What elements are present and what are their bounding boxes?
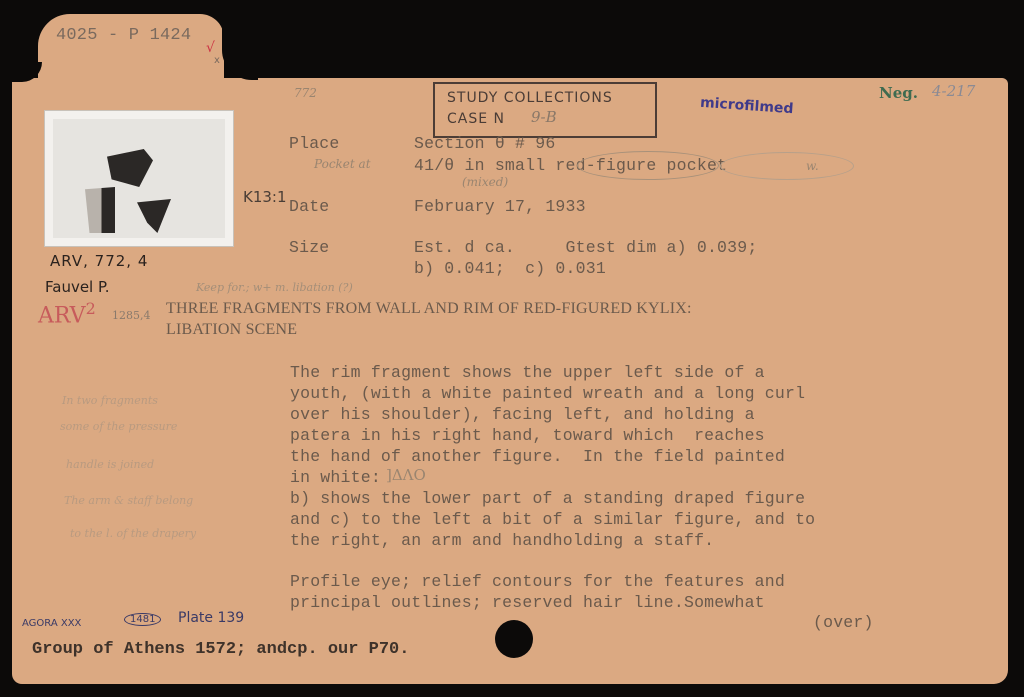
place-pencil-suffix: w. bbox=[806, 159, 819, 173]
description-line: over his shoulder), facing left, and hol… bbox=[290, 405, 755, 424]
margin-pencil-note: handle is joined bbox=[66, 452, 154, 478]
circle-mark-red-figure bbox=[577, 151, 719, 180]
description-line: youth, (with a white painted wreath and … bbox=[290, 384, 805, 403]
date-label: Date bbox=[289, 197, 329, 216]
tab-catalog-number: 4025 - P 1424 bbox=[56, 26, 191, 45]
neg-label: Neg. bbox=[879, 84, 918, 102]
pencil-number-772: 772 bbox=[294, 86, 317, 100]
plate-reference: Plate 139 bbox=[178, 610, 244, 626]
study-collections-stamp: STUDY COLLECTIONS CASE N 9-B bbox=[433, 82, 657, 138]
stamp-line-1: STUDY COLLECTIONS bbox=[447, 90, 613, 106]
margin-pencil-note: In two fragments bbox=[62, 388, 158, 414]
pencil-k13-ref: K13:1 bbox=[243, 188, 287, 206]
tab-x-mark: x bbox=[214, 55, 220, 66]
notes-line: principal outlines; reserved hair line.S… bbox=[290, 593, 765, 612]
size-line-2: b) 0.041; c) 0.031 bbox=[414, 259, 606, 278]
notes-line: Profile eye; relief contours for the fea… bbox=[290, 572, 785, 591]
red-check-mark-icon: √ bbox=[206, 40, 215, 56]
size-label: Size bbox=[289, 238, 329, 257]
agora-reference: AGORA XXX bbox=[22, 618, 81, 629]
description-line: in white: bbox=[290, 468, 381, 487]
margin-pencil-note: The arm & staff belong bbox=[64, 488, 193, 514]
description-line: b) shows the lower part of a standing dr… bbox=[290, 489, 805, 508]
fragment-b bbox=[85, 187, 115, 233]
description-line: and c) to the left a bit of a similar fi… bbox=[290, 510, 815, 529]
arv-reference: ARV, 772, 4 bbox=[50, 252, 148, 270]
description-line: patera in his right hand, toward which r… bbox=[290, 426, 765, 445]
circle-mark-pocket bbox=[720, 152, 854, 180]
arv2-page-ref: 1285,4 bbox=[112, 309, 151, 322]
margin-pencil-note: some of the pressure bbox=[60, 414, 177, 440]
description-line: The rim fragment shows the upper left si… bbox=[290, 363, 765, 382]
fragment-photo bbox=[44, 110, 234, 247]
description-line: the hand of another figure. In the field… bbox=[290, 447, 785, 466]
place-pencil-mixed: (mixed) bbox=[462, 175, 508, 189]
place-line-1: Section θ # 96 bbox=[414, 134, 555, 153]
over-indicator: (over) bbox=[813, 613, 874, 632]
arv2-superscript: 2 bbox=[86, 299, 96, 318]
place-pencil-prefix: Pocket at bbox=[314, 157, 371, 171]
stamp-case-value: 9-B bbox=[531, 108, 557, 126]
arv2-label: ARV2 bbox=[38, 299, 96, 328]
painter-attribution: Fauvel P. bbox=[45, 278, 109, 296]
date-value: February 17, 1933 bbox=[414, 197, 586, 216]
size-line-1: Est. d ca. Gtest dim a) 0.039; bbox=[414, 238, 757, 257]
photo-background bbox=[53, 119, 225, 238]
arv2-text: ARV bbox=[38, 303, 86, 328]
inscription-pencil: ]ΔΛΟ bbox=[386, 466, 426, 484]
filing-punch-hole bbox=[495, 620, 533, 658]
fragment-c bbox=[137, 199, 171, 233]
card-title-line-2: LIBATION SCENE bbox=[166, 321, 297, 339]
card-tab-notch-right bbox=[222, 14, 258, 80]
margin-pencil-note: to the l. of the drapery bbox=[70, 521, 196, 547]
place-label: Place bbox=[289, 134, 340, 153]
card-title-line-1: THREE FRAGMENTS FROM WALL AND RIM OF RED… bbox=[166, 300, 692, 318]
pencil-keep-note: Keep for.; w+ m. libation (?) bbox=[196, 281, 353, 294]
stamp-case-label: CASE N bbox=[447, 111, 505, 127]
group-reference: Group of Athens 1572; andcp. our P70. bbox=[32, 640, 409, 659]
neg-number: 4-217 bbox=[932, 82, 975, 100]
description-line: the right, an arm and handholding a staf… bbox=[290, 531, 714, 550]
fragment-rim bbox=[107, 149, 153, 187]
